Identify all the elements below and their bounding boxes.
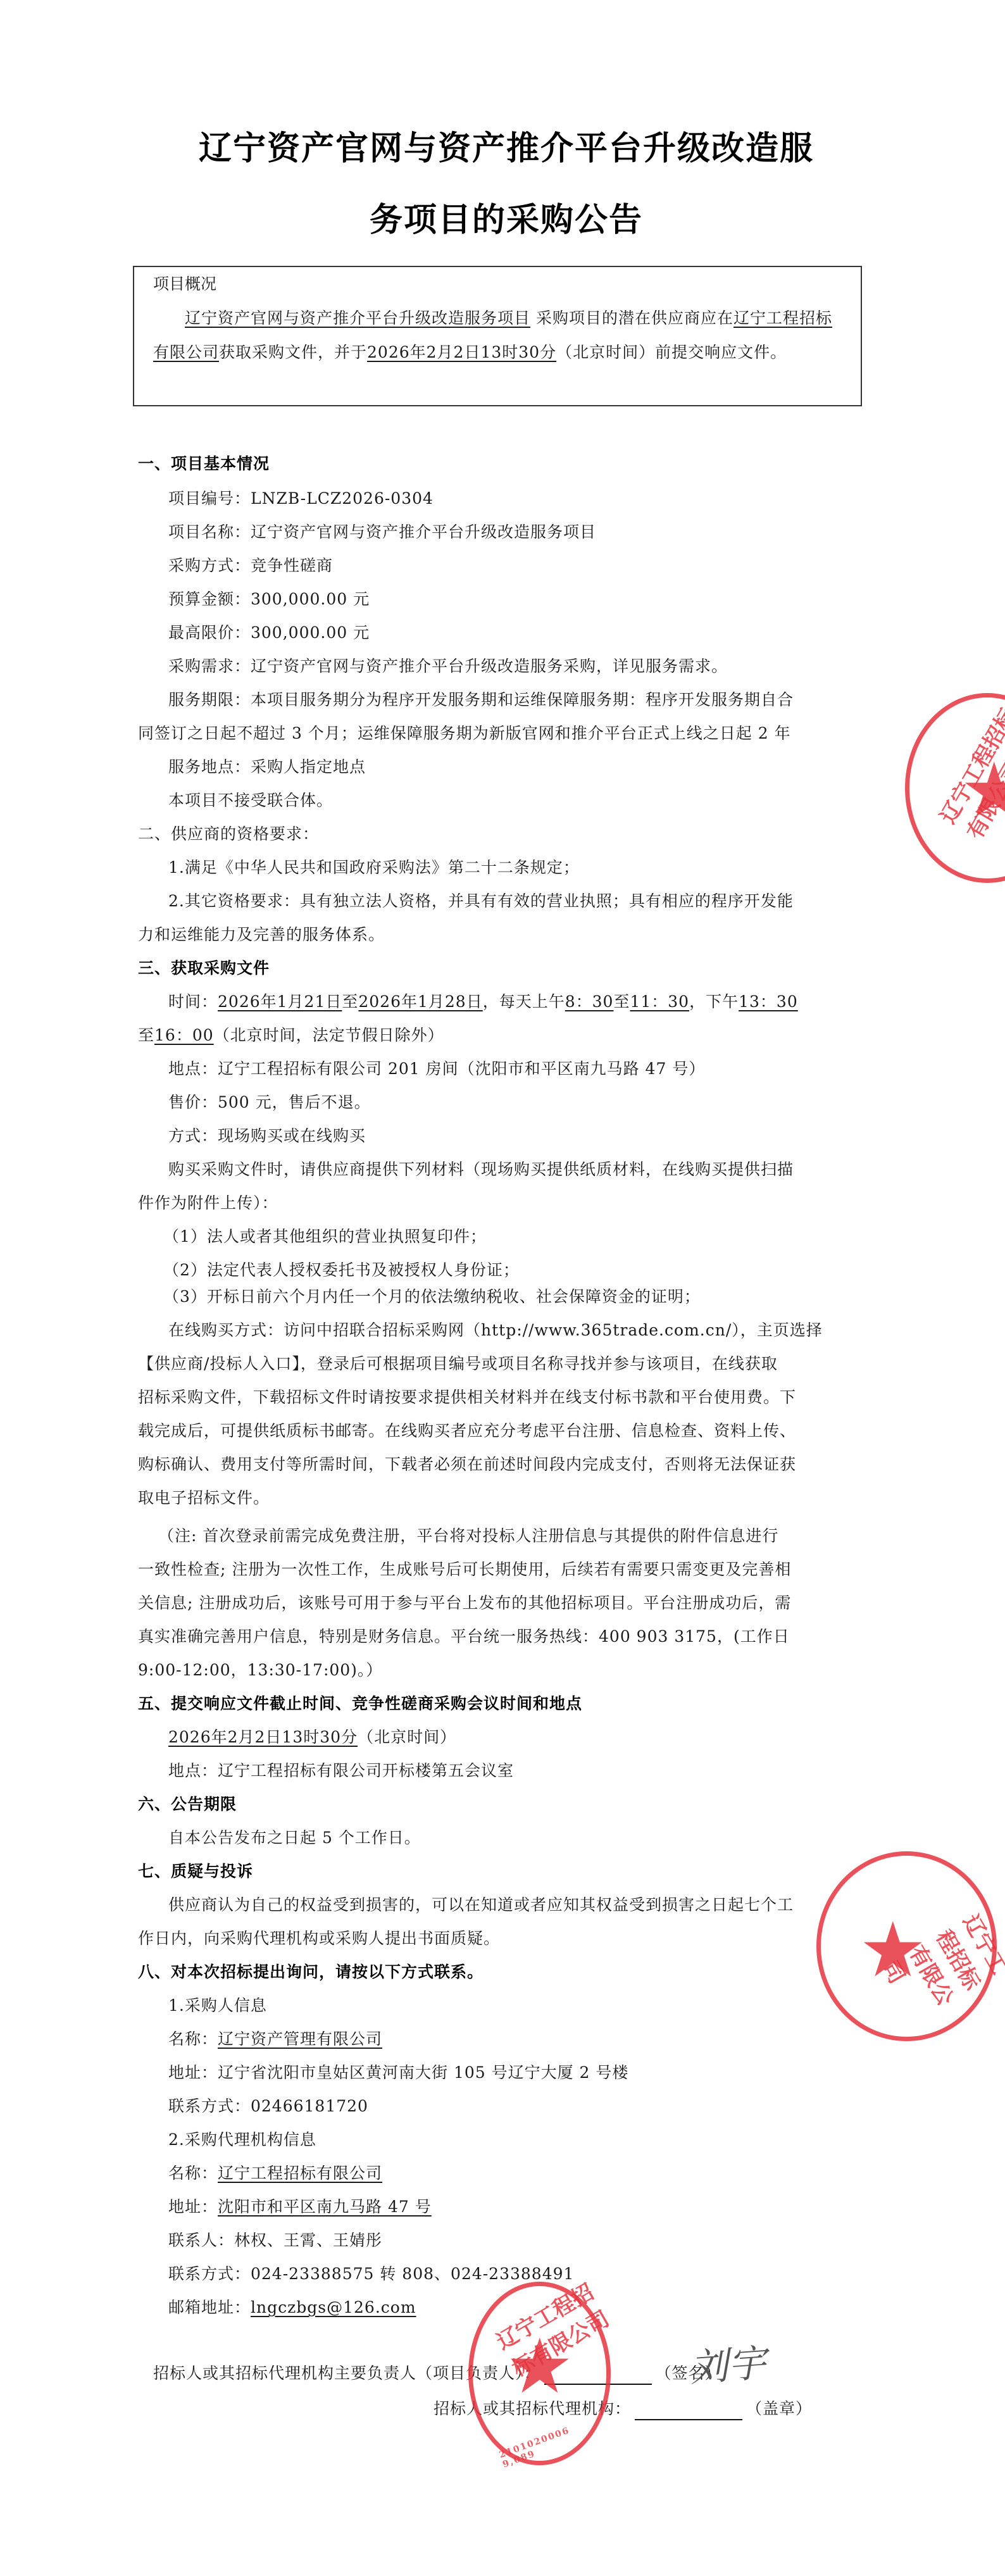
section3-heading: 三、获取采购文件 [138, 957, 270, 980]
pm-label: ，下午 [689, 992, 739, 1011]
project-overview-box: 项目概况 辽宁资产官网与资产推介平台升级改造服务项目 采购项目的潜在供应商应在辽… [133, 266, 862, 406]
official-seal-right-bottom: ★ 辽宁工程招标有限公司 [816, 1851, 997, 2041]
handwritten-signature: 刘宇 [688, 2333, 768, 2392]
procurement-announcement-page: 辽宁资产官网与资产推介平台升级改造服 务项目的采购公告 项目概况 辽宁资产官网与… [0, 0, 1005, 2576]
project-name: 项目名称：辽宁资产官网与资产推介平台升级改造服务项目 [168, 521, 596, 544]
registration-note-line4: 真实准确完善用户信息，特别是财务信息。平台统一服务热线：400 903 3175… [138, 1625, 790, 1648]
to-label: 至 [613, 992, 630, 1011]
agency-address: 地址：沈阳市和平区南九马路 47 号 [168, 2196, 432, 2218]
materials-line1: 购买采购文件时，请供应商提供下列材料（现场购买提供纸质材料，在线购买提供扫描 [168, 1158, 794, 1181]
service-period-line2: 同签订之日起不超过 3 个月；运维保障服务期为新版官网和推介平台正式上线之日起 … [138, 722, 791, 745]
submission-deadline: 2026年2月2日13时30分（北京时间） [168, 1726, 456, 1749]
section2-heading: 二、供应商的资格要求： [138, 823, 319, 846]
registration-note-line3: 关信息; 注册成功后，该账号可用于参与平台上发布的其他招标项目。平台注册成功后，… [138, 1592, 791, 1615]
qualification-item1: 1.满足《中华人民共和国政府采购法》第二十二条规定； [168, 856, 580, 879]
time-note: （北京时间，法定节假日除外） [214, 1026, 444, 1044]
date-start: 2026年1月21日 [218, 992, 342, 1011]
meeting-place: 地点：辽宁工程招标有限公司开标楼第五会议室 [168, 1760, 514, 1782]
overview-text-mid: 采购项目的潜在供应商应在 [530, 309, 733, 327]
online-purchase-line1: 在线购买方式：访问中招联合招标采购网（http://www.365trade.c… [168, 1319, 823, 1342]
acquisition-time-cont: 至16：00（北京时间，法定节假日除外） [138, 1024, 444, 1047]
seal-suffix: （盖章） [746, 2399, 812, 2418]
signature-line-responsible: 招标人或其招标代理机构主要负责人（项目负责人）：（签名） [153, 2362, 721, 2385]
purchase-way: 方式：现场购买或在线购买 [168, 1125, 366, 1147]
material-item1: （1）法人或者其他组织的营业执照复印件； [163, 1225, 487, 1248]
acquisition-time: 时间：2026年1月21日至2026年1月28日，每天上午8：30至11：30，… [168, 991, 798, 1013]
materials-line2: 件作为附件上传）： [138, 1192, 278, 1215]
online-purchase-line4: 载完成后，可提供纸质标书邮寄。在线购买者应充分考虑平台注册、信息检查、资料上传、 [138, 1420, 796, 1442]
project-number: 项目编号：LNZB-LCZ2026-0304 [168, 487, 434, 510]
deadline-note: （北京时间） [358, 1728, 456, 1746]
seal-blank [635, 2403, 742, 2420]
to-label: 至 [138, 1026, 154, 1044]
online-purchase-line6: 取电子招标文件。 [138, 1487, 270, 1510]
deadline-date: 2026年2月2日13时30分 [168, 1728, 358, 1746]
qualification-item2-line1: 2.其它资格要求：具有独立法人资格，并具有有效的营业执照；具有相应的程序开发能 [168, 890, 794, 913]
date-end: 2026年1月28日 [358, 992, 482, 1011]
procurement-requirement: 采购需求：辽宁资产官网与资产推介平台升级改造服务采购，详见服务需求。 [168, 655, 728, 678]
online-purchase-line5: 购标确认、费用支付等所需时间，下载者必须在前述时间段内完成支付，否则将无法保证获 [138, 1453, 796, 1476]
to-label: 至 [342, 992, 358, 1011]
overview-deadline: 2026年2月2日13时30分 [367, 343, 556, 361]
section6-heading: 六、公告期限 [138, 1793, 237, 1816]
section8-heading: 八、对本次招标提出询问，请按以下方式联系。 [138, 1961, 484, 1984]
online-purchase-line3: 招标采购文件，下载招标文件时请按要求提供相关材料并在线支付标书款和平台使用费。下 [138, 1386, 796, 1409]
agency-name: 名称：辽宁工程招标有限公司 [168, 2162, 382, 2185]
overview-text-end: （北京时间）前提交响应文件。 [556, 343, 787, 361]
buyer-contact: 联系方式：02466181720 [168, 2095, 368, 2118]
complaint-text-line2: 作日内，向采购代理机构或采购人提出书面质疑。 [138, 1927, 500, 1950]
buyer-address: 地址：辽宁省沈阳市皇姑区黄河南大街 105 号辽宁大厦 2 号楼 [168, 2061, 628, 2084]
agency-contact-persons: 联系人：林权、王霄、王婧彤 [168, 2229, 382, 2252]
buyer-info-heading: 1.采购人信息 [168, 1994, 267, 2017]
registration-note-line1: （注: 首次登录前需完成免费注册，平台将对投标人注册信息与其提供的附件信息进行 [158, 1525, 778, 1547]
official-seal-bottom: ★ 辽宁工程招标有限公司 2101020006 9,089 [468, 2282, 611, 2465]
agency-address-label: 地址： [168, 2198, 218, 2216]
buyer-name: 名称：辽宁资产管理有限公司 [168, 2028, 382, 2051]
qualification-item2-line2: 力和运维能力及完善的服务体系。 [138, 923, 385, 946]
registration-note-line2: 一致性检查; 注册为一次性工作，生成账号后可长期使用，后续若有需要只需变更及完善… [138, 1558, 791, 1581]
max-price: 最高限价：300,000.00 元 [168, 622, 370, 644]
overview-text: 辽宁资产官网与资产推介平台升级改造服务项目 采购项目的潜在供应商应在辽宁工程招标… [153, 301, 843, 370]
online-purchase-line2: 【供应商/投标人入口】，登录后可根据项目编号或项目名称寻找并参与该项目，在线获取 [138, 1353, 778, 1375]
announcement-period: 自本公告发布之日起 5 个工作日。 [168, 1827, 421, 1849]
agency-info-heading: 2.采购代理机构信息 [168, 2129, 316, 2151]
section7-heading: 七、质疑与投诉 [138, 1860, 253, 1883]
buyer-name-value: 辽宁资产管理有限公司 [218, 2030, 382, 2048]
email-label: 邮箱地址： [168, 2298, 251, 2317]
official-seal-right-top: ★ 辽宁工程招标有限公司 [905, 693, 1005, 883]
time-label: 时间： [168, 992, 218, 1011]
service-location: 服务地点：采购人指定地点 [168, 756, 366, 778]
daily-label: ，每天上午 [483, 992, 565, 1011]
am-end: 11：30 [630, 992, 689, 1011]
agency-name-label: 名称： [168, 2164, 218, 2182]
page-title-line1: 辽宁资产官网与资产推介平台升级改造服 [127, 130, 886, 168]
pm-start: 13：30 [739, 992, 798, 1011]
email-link[interactable]: lngczbgs@126.com [251, 2298, 416, 2317]
section1-heading: 一、项目基本情况 [138, 453, 270, 475]
section5-heading: 五、提交响应文件截止时间、竞争性磋商采购会议时间和地点 [138, 1692, 582, 1715]
complaint-text-line1: 供应商认为自己的权益受到损害的，可以在知道或者应知其权益受到损害之日起七个工 [168, 1894, 794, 1916]
agency-name-value: 辽宁工程招标有限公司 [218, 2164, 382, 2182]
consortium-note: 本项目不接受联合体。 [168, 789, 333, 812]
material-item3: （3）开标日前六个月内任一个月的依法缴纳税收、社会保障资金的证明； [163, 1285, 701, 1308]
pm-end: 16：00 [154, 1026, 214, 1044]
overview-project-name: 辽宁资产官网与资产推介平台升级改造服务项目 [185, 309, 530, 327]
acquisition-place: 地点：辽宁工程招标有限公司 201 房间（沈阳市和平区南九马路 47 号） [168, 1058, 705, 1080]
am-start: 8：30 [565, 992, 614, 1011]
procurement-method: 采购方式：竞争性磋商 [168, 554, 333, 577]
budget-amount: 预算金额：300,000.00 元 [168, 588, 370, 611]
agency-address-value: 沈阳市和平区南九马路 47 号 [218, 2198, 432, 2216]
agency-email: 邮箱地址：lngczbgs@126.com [168, 2296, 416, 2319]
document-price: 售价：500 元，售后不退。 [168, 1091, 371, 1114]
overview-text-mid2: 获取采购文件，并于 [219, 343, 367, 361]
material-item2: （2）法定代表人授权委托书及被授权人身份证； [163, 1259, 520, 1282]
seal-code: 2101020006 9,089 [498, 2414, 607, 2470]
registration-note-line5: 9:00-12:00，13:30-17:00)。） [138, 1659, 382, 1682]
buyer-name-label: 名称： [168, 2030, 218, 2048]
page-title-line2: 务项目的采购公告 [127, 201, 886, 239]
service-period-line1: 服务期限：本项目服务期分为程序开发服务期和运维保障服务期：程序开发服务期自合 [168, 689, 794, 711]
overview-label: 项目概况 [153, 273, 216, 295]
seal-text: 辽宁工程招标有限公司 [931, 689, 1005, 844]
agency-contact-phone: 联系方式：024-23388575 转 808、024-23388491 [168, 2263, 574, 2285]
